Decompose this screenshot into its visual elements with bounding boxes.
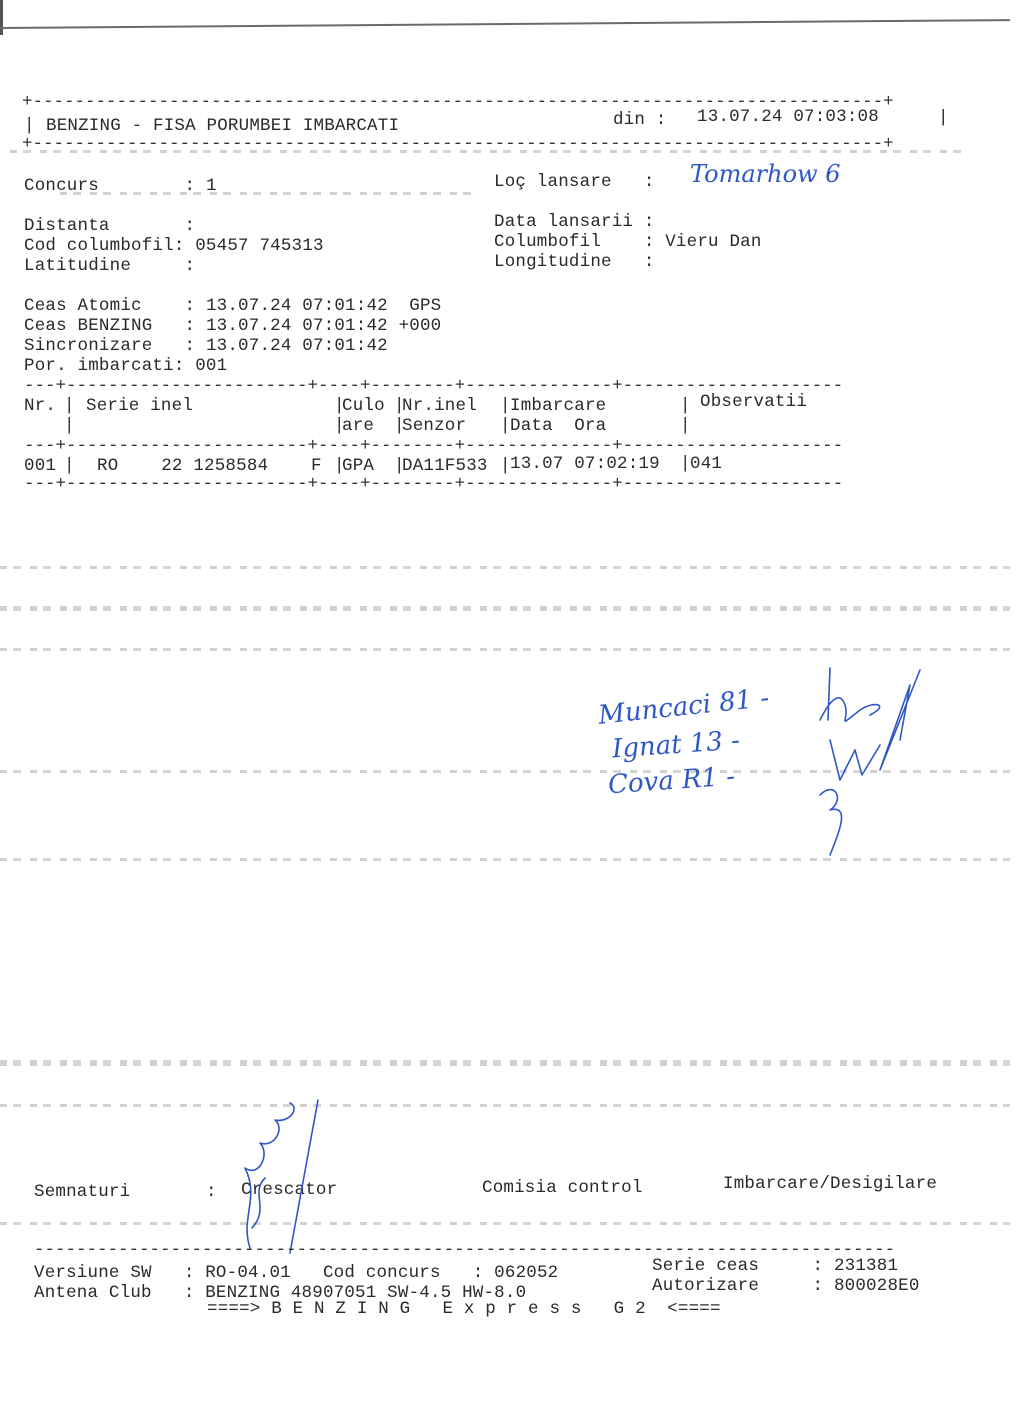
table-border-bottom: ---+-----------------------+----+-------… — [24, 474, 954, 494]
scan-noise — [10, 150, 970, 153]
header-culoare: Culo — [342, 396, 385, 416]
field-loc-lansare: Loç lansare : — [494, 172, 665, 192]
cell-senzor: DA11F533 — [402, 456, 488, 476]
cell-nr: 001 — [24, 456, 56, 476]
breeder-signature-icon — [230, 1098, 330, 1258]
cell-serie-inel: RO 22 1258584 F — [97, 456, 322, 476]
handwritten-release-location: Tomarhow 6 — [690, 160, 840, 188]
field-latitudine: Latitudine : — [24, 256, 206, 276]
table-header-divider: ---+-----------------------+----+-------… — [24, 436, 954, 456]
table-header-row: Nr. — [24, 396, 56, 416]
signature-imbarcare-label: Imbarcare/Desigilare — [723, 1174, 937, 1194]
scan-noise — [0, 566, 1010, 569]
scan-noise — [0, 1222, 1010, 1225]
footer-autorizare: Autorizare : 800028E0 — [652, 1276, 920, 1296]
header-nr-inel-senzor: Nr.inel — [402, 396, 477, 416]
cell-culoare: GPA — [342, 456, 374, 476]
footer-brand-line: ====> B E N Z I N G E x p r e s s G 2 <=… — [207, 1299, 721, 1319]
page-edge-top — [0, 19, 1010, 29]
handwritten-line-3: Cova R1 - — [607, 762, 736, 801]
scan-noise — [0, 606, 1010, 611]
signatures-label: Semnaturi — [34, 1182, 130, 1202]
handwritten-line-1: Muncaci 81 - — [597, 683, 771, 731]
header-data-ora-line2: Data Ora — [510, 416, 606, 436]
field-data-lansarii: Data lansarii : — [494, 212, 665, 232]
cell-imbarcare: 13.07 07:02:19 — [510, 454, 660, 474]
col-sep: | — [680, 396, 691, 416]
field-ceas-atomic: Ceas Atomic : 13.07.24 07:01:42 GPS — [24, 296, 441, 316]
field-cod-columbofil: Cod columbofil: 05457 745313 — [24, 236, 324, 256]
col-sep: | — [64, 456, 75, 476]
header-pipe-left: | — [24, 116, 35, 136]
page-edge — [0, 0, 3, 35]
print-date-value: 13.07.24 07:03:08 — [697, 107, 879, 127]
field-ceas-benzing: Ceas BENZING : 13.07.24 07:01:42 +000 — [24, 316, 441, 336]
header-senzor-line2: Senzor — [402, 416, 466, 436]
cell-observatii: 041 — [690, 454, 722, 474]
col-sep: | — [64, 416, 75, 436]
col-sep: | — [64, 396, 75, 416]
document-title: BENZING - FISA PORUMBEI IMBARCATI — [46, 116, 399, 136]
commission-signatures-icon — [800, 660, 940, 860]
header-serie-inel: Serie inel — [86, 396, 193, 416]
table-border-top: ---+-----------------------+----+-------… — [24, 376, 954, 396]
header-pipe-right: | — [938, 108, 949, 128]
field-sincronizare: Sincronizare : 13.07.24 07:01:42 — [24, 336, 388, 356]
signature-comisia-label: Comisia control — [482, 1178, 643, 1198]
scan-noise — [0, 1104, 1010, 1107]
header-imbarcare: Imbarcare — [510, 396, 606, 416]
signatures-sep: : — [206, 1182, 217, 1202]
field-columbofil: Columbofil : Vieru Dan — [494, 232, 762, 252]
field-distanta: Distanta : — [24, 216, 206, 236]
header-culoare-line2: are — [342, 416, 374, 436]
header-observatii: Observatii — [700, 392, 807, 412]
footer-serie-ceas: Serie ceas : 231381 — [652, 1256, 898, 1276]
handwritten-line-2: Ignat 13 - — [611, 726, 741, 765]
field-longitudine: Longitudine : — [494, 252, 665, 272]
col-sep: | — [680, 416, 691, 436]
footer-versiune-sw: Versiune SW : RO-04.01 Cod concurs : 062… — [34, 1263, 558, 1283]
scan-noise — [0, 648, 1010, 651]
scan-noise — [0, 1060, 1010, 1066]
scan-noise — [60, 192, 480, 195]
print-date-label: din : — [613, 110, 667, 130]
field-por-imbarcati: Por. imbarcati: 001 — [24, 356, 227, 376]
